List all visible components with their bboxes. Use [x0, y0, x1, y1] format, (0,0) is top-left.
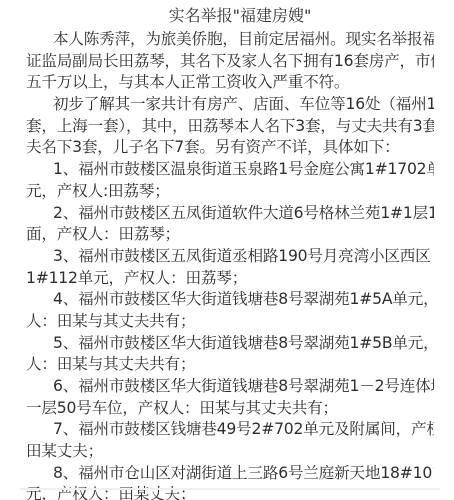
property-item-1-line-1: 1、福州市鼓楼区温泉街道玉泉路1号金庭公寓1#1702单	[26, 159, 434, 181]
property-item-8-line-1: 8、福州市仓山区对湖街道上三路6号兰庭新天地18#101单	[26, 463, 434, 485]
property-item-8-line-2: 元，产权人：田某丈夫；	[26, 484, 434, 500]
document-title: 实名举报"福建房嫂"	[46, 5, 434, 29]
property-item-4-line-1: 4、福州市鼓楼区华大街道钱塘巷8号翠湖苑1#5A单元，产权	[26, 289, 434, 311]
property-item-6-line-1: 6、福州市鼓楼区华大街道钱塘巷8号翠湖苑1－2号连体地下	[26, 376, 434, 398]
property-item-7-line-1: 7、福州市鼓楼区钱塘巷49号2#702单元及附属间，产权人：	[26, 419, 434, 441]
text-line: 本人陈秀萍，为旅美侨胞，目前定居福州。现实名举报福建省	[26, 29, 434, 51]
divider	[20, 488, 440, 490]
property-item-2-line-2: 面，产权人：田荔琴；	[26, 224, 434, 246]
property-item-7-line-2: 田某丈夫；	[26, 441, 434, 463]
property-item-1-line-2: 元，产权人:田荔琴；	[26, 181, 434, 203]
property-item-2-line-1: 2、福州市鼓楼区五凤街道软件大道6号格林兰苑1#1层18店	[26, 203, 434, 225]
property-item-3-line-1: 3、福州市鼓楼区五凤街道丞相路190号月亮湾小区西区	[26, 246, 434, 268]
text-line: 证监局副局长田荔琴，其名下及家人名下拥有16套房产，市值近	[26, 51, 434, 73]
property-item-5-line-1: 5、福州市鼓楼区华大街道钱塘巷8号翠湖苑1#5B单元，产权	[26, 333, 434, 355]
property-item-5-line-2: 人：田某与其丈夫共有；	[26, 354, 434, 376]
property-item-6-line-2: 一层50号车位，产权人：田某与其丈夫共有；	[26, 398, 434, 420]
text-line: 夫名下3套，儿子名下7套。另有资产不详，具体如下：	[26, 137, 434, 159]
property-item-4-line-2: 人：田某与其丈夫共有；	[26, 311, 434, 333]
text-line: 初步了解其一家共计有房产、店面、车位等16处（福州15	[26, 94, 434, 116]
text-line: 五千万以上，与其本人正常工资收入严重不符。	[26, 72, 434, 94]
property-item-3-line-2: 1#112单元，产权人：田荔琴；	[26, 268, 434, 290]
document-body: 实名举报"福建房嫂" 本人陈秀萍，为旅美侨胞，目前定居福州。现实名举报福建省 证…	[26, 5, 434, 500]
text-line: 套，上海一套），其中，田荔琴本人名下3套，与丈夫共有3套，丈	[26, 116, 434, 138]
